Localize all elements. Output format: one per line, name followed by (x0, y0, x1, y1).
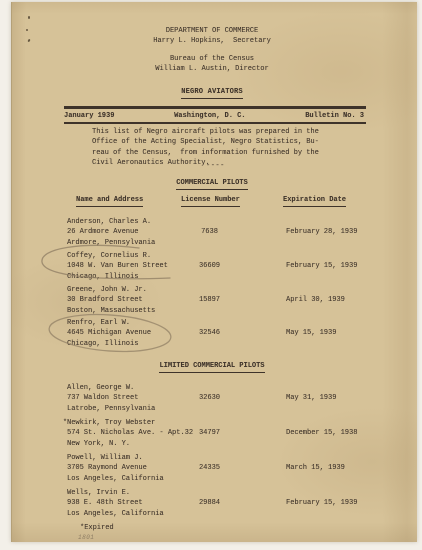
pilot-expiration-date: May 31, 1939 (286, 393, 336, 403)
pilot-name: Anderson, Charles A. (67, 217, 417, 227)
pilot-name: Greene, John W. Jr. (67, 285, 417, 295)
table-row: Powell, William J. 3705 Raymond Avenue L… (67, 453, 417, 484)
intro-line: This list of Negro aircraft pilots was p… (92, 127, 332, 137)
section-heading-wrap: COMMERCIAL PILOTS (12, 178, 412, 190)
masthead-place: Washington, D. C. (174, 111, 245, 121)
pilot-address-line1: 26 Ardmore Avenue (67, 227, 417, 237)
bureau-name: Bureau of the Census (12, 54, 412, 64)
column-header-expiration: Expiration Date (283, 195, 346, 207)
pilot-address-line1: 1048 W. Van Buren Street (67, 261, 417, 271)
section-heading-commercial: COMMERCIAL PILOTS (176, 178, 247, 190)
pilot-name: Wells, Irvin E. (67, 488, 417, 498)
pilot-license-number: 7638 (181, 227, 238, 237)
pilot-expiration-date: April 30, 1939 (286, 295, 345, 305)
pilot-expiration-date: February 28, 1939 (286, 227, 357, 237)
expired-footnote: *Expired (80, 523, 114, 533)
pilot-address-line2: Latrobe, Pennsylvania (67, 404, 417, 414)
pilot-license-number: 34797 (181, 428, 238, 438)
pilot-name: Coffey, Cornelius R. (67, 251, 417, 261)
pilot-license-number: 29884 (181, 498, 238, 508)
table-row: Coffey, Cornelius R. 1048 W. Van Buren S… (67, 251, 417, 282)
pilot-license-number: 32630 (181, 393, 238, 403)
pilot-name: *Newkirk, Troy Webster (67, 418, 417, 428)
intro-line: reau of the Census, from information fur… (92, 148, 332, 158)
pilot-expiration-date: February 15, 1939 (286, 498, 357, 508)
masthead-date: January 1939 (64, 111, 114, 121)
pilot-address-line1: 574 St. Nicholas Ave. - Apt.32 (67, 428, 417, 438)
intro-line: Office of the Acting Specialist, Negro S… (92, 137, 332, 147)
section-heading-wrap: LIMITED COMMERCIAL PILOTS (12, 361, 412, 373)
pilot-address-line1: 3705 Raymond Avenue (67, 463, 417, 473)
pilot-address-line1: 4645 Michigan Avenue (67, 328, 417, 338)
secretary-name: Harry L. Hopkins, Secretary (12, 36, 412, 46)
pilot-address-line1: 938 E. 48th Street (67, 498, 417, 508)
pilot-address-line1: 737 Waldon Street (67, 393, 417, 403)
pilot-license-number: 36609 (181, 261, 238, 271)
department-name: DEPARTMENT OF COMMERCE (12, 26, 412, 36)
pilot-address-line2: New York, N. Y. (67, 439, 417, 449)
masthead-bulletin-number: Bulletin No. 3 (305, 111, 364, 121)
pilot-address-line2: Boston, Massachusetts (67, 306, 417, 316)
pilot-address-line2: Los Angeles, California (67, 474, 417, 484)
pilot-license-number: 32546 (181, 328, 238, 338)
pilot-license-number: 15897 (181, 295, 238, 305)
table-row: Anderson, Charles A. 26 Ardmore Avenue A… (67, 217, 417, 248)
pilot-name: Renfro, Earl W. (67, 318, 417, 328)
pilot-address-line1: 30 Bradford Street (67, 295, 417, 305)
pilot-name: Powell, William J. (67, 453, 417, 463)
pilot-expiration-date: February 15, 1939 (286, 261, 357, 271)
table-row: *Newkirk, Troy Webster 574 St. Nicholas … (67, 418, 417, 449)
pilot-expiration-date: December 15, 1938 (286, 428, 357, 438)
paper-sheet: DEPARTMENT OF COMMERCE Harry L. Hopkins,… (11, 2, 417, 542)
pilot-name: Allen, George W. (67, 383, 417, 393)
section-heading-limited-commercial: LIMITED COMMERCIAL PILOTS (159, 361, 264, 373)
letterhead: DEPARTMENT OF COMMERCE Harry L. Hopkins,… (12, 26, 412, 75)
table-row: Allen, George W. 737 Waldon Street Latro… (67, 383, 417, 414)
document-title-wrap: NEGRO AVIATORS (12, 87, 412, 99)
table-row: Renfro, Earl W. 4645 Michigan Avenue Chi… (67, 318, 417, 349)
pilot-license-number: 24335 (181, 463, 238, 473)
pilot-expiration-date: May 15, 1939 (286, 328, 336, 338)
spacer (12, 47, 412, 54)
pilot-address-line2: Chicago, Illinois (67, 339, 417, 349)
director-name: William L. Austin, Director (12, 64, 412, 74)
scanned-document-page: { "header": { "department": "DEPARTMENT … (0, 0, 422, 550)
masthead-rule: January 1939 Washington, D. C. Bulletin … (64, 106, 366, 124)
table-row: Greene, John W. Jr. 30 Bradford Street B… (67, 285, 417, 316)
document-title: NEGRO AVIATORS (181, 87, 243, 99)
pilot-address-line2: Los Angeles, California (67, 509, 417, 519)
dash-divider: ---- (206, 161, 225, 171)
pilot-address-line2: Ardmore, Pennsylvania (67, 238, 417, 248)
pilot-expiration-date: March 15, 1939 (286, 463, 345, 473)
table-row: Wells, Irvin E. 938 E. 48th Street Los A… (67, 488, 417, 519)
column-header-license: License Number (181, 195, 240, 207)
pilot-address-line2: Chicago, Illinois (67, 272, 417, 282)
column-header-name: Name and Address (76, 195, 143, 207)
handwritten-annotation: 1801 (78, 534, 94, 541)
ink-speck (28, 16, 30, 19)
